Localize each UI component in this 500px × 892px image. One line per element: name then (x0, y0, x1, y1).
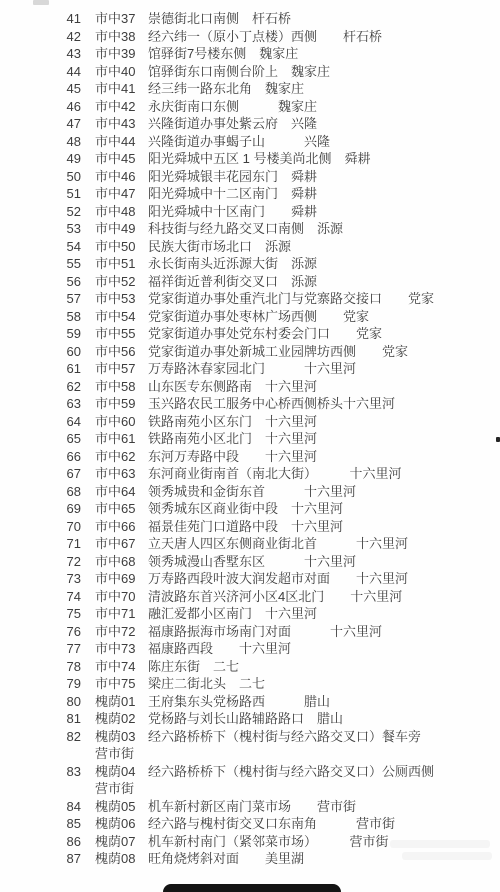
station-code: 市中74 (95, 658, 148, 676)
row-number: 66 (0, 448, 81, 466)
station-code: 市中48 (95, 203, 148, 221)
table-row: 51市中47阳光舜城中十二区南门 舜耕 (0, 185, 500, 203)
row-number: 55 (0, 255, 81, 273)
row-number: 79 (0, 675, 81, 693)
location-text: 民族大街市场北口 泺源 (148, 239, 291, 254)
row-body: 市中72福康路振海市场南门对面 十六里河 (95, 623, 500, 641)
row-number: 69 (0, 500, 81, 518)
table-row: 75市中71融汇爱都小区南门 十六里河 (0, 605, 500, 623)
table-row: 78市中74陈庄东街 二七 (0, 658, 500, 676)
location-text: 阳光舜城中五区 1 号楼美尚北侧 舜耕 (148, 151, 370, 166)
row-body: 市中75梁庄二街北头 二七 (95, 675, 500, 693)
row-number: 85 (0, 815, 81, 833)
table-row: 71市中67立天唐人四区东侧商业街北首 十六里河 (0, 535, 500, 553)
row-body: 市中51永长街南头近泺源大街 泺源 (95, 255, 500, 273)
table-row: 44市中40馆驿街东口南侧台阶上 魏家庄 (0, 63, 500, 81)
row-body: 市中37崇德街北口南侧 杆石桥 (95, 10, 500, 28)
location-text: 兴隆街道办事蝎子山 兴隆 (148, 134, 330, 149)
row-body: 市中64领秀城贵和金街东首 十六里河 (95, 483, 500, 501)
station-code: 市中60 (95, 413, 148, 431)
row-body: 市中59玉兴路农民工服务中心桥西侧桥头十六里河 (95, 395, 500, 413)
table-row: 46市中42永庆街南口东侧 魏家庄 (0, 98, 500, 116)
location-text: 旺角烧烤斜对面 美里湖 (148, 851, 304, 866)
station-code: 市中53 (95, 290, 148, 308)
station-code: 市中56 (95, 343, 148, 361)
station-code: 市中41 (95, 80, 148, 98)
table-row: 41市中37崇德街北口南侧 杆石桥 (0, 10, 500, 28)
location-text: 清波路东首兴济河小区4区北门 十六里河 (148, 589, 402, 604)
document-page: 41市中37崇德街北口南侧 杆石桥42市中38经六纬一（原小丁点楼）西侧 杆石桥… (0, 0, 500, 892)
row-number: 83 (0, 763, 81, 781)
location-text: 阳光舜城中十二区南门 舜耕 (148, 186, 317, 201)
station-code: 槐荫05 (95, 798, 148, 816)
row-body: 槐荫04经六路桥桥下（槐村街与经六路交叉口）公厕西侧 营市街 (95, 763, 500, 798)
row-body: 市中38经六纬一（原小丁点楼）西侧 杆石桥 (95, 28, 500, 46)
row-number: 46 (0, 98, 81, 116)
row-body: 槐荫02党杨路与刘长山路辅路路口 腊山 (95, 710, 500, 728)
table-row: 53市中49科技街与经九路交叉口南侧 泺源 (0, 220, 500, 238)
row-body: 市中74陈庄东街 二七 (95, 658, 500, 676)
location-text: 山东医专东侧路南 十六里河 (148, 379, 317, 394)
table-row: 61市中57万寿路沐春家园北门 十六里河 (0, 360, 500, 378)
station-code: 市中43 (95, 115, 148, 133)
location-text: 铁路南苑小区东门 十六里河 (148, 414, 317, 429)
station-code: 市中44 (95, 133, 148, 151)
location-text: 立天唐人四区东侧商业街北首 十六里河 (148, 536, 408, 551)
table-row: 60市中56党家街道办事处新城工业园牌坊西侧 党家 (0, 343, 500, 361)
table-row: 47市中43兴隆街道办事处紫云府 兴隆 (0, 115, 500, 133)
location-text: 福祥街近普利街交叉口 泺源 (148, 274, 317, 289)
row-body: 市中43兴隆街道办事处紫云府 兴隆 (95, 115, 500, 133)
row-body: 槐荫03经六路桥桥下（槐村街与经六路交叉口）餐车旁 营市街 (95, 728, 500, 763)
station-code: 市中42 (95, 98, 148, 116)
station-code: 市中57 (95, 360, 148, 378)
location-text: 玉兴路农民工服务中心桥西侧桥头十六里河 (148, 396, 395, 411)
row-body: 市中63东河商业街南首（南北大街） 十六里河 (95, 465, 500, 483)
station-code: 槐荫03 (95, 728, 148, 746)
row-number: 77 (0, 640, 81, 658)
location-text: 兴隆街道办事处紫云府 兴隆 (148, 116, 317, 131)
table-row: 56市中52福祥街近普利街交叉口 泺源 (0, 273, 500, 291)
station-code: 槐荫01 (95, 693, 148, 711)
location-text: 万寿路西段叶波大润发超市对面 十六里河 (148, 571, 408, 586)
station-code: 市中67 (95, 535, 148, 553)
table-row: 84槐荫05机车新村新区南门菜市场 营市街 (0, 798, 500, 816)
station-code: 槐荫06 (95, 815, 148, 833)
row-number: 82 (0, 728, 81, 746)
station-code: 市中63 (95, 465, 148, 483)
table-row: 42市中38经六纬一（原小丁点楼）西侧 杆石桥 (0, 28, 500, 46)
faint-watermark (388, 838, 498, 862)
row-number: 47 (0, 115, 81, 133)
row-number: 49 (0, 150, 81, 168)
row-number: 45 (0, 80, 81, 98)
row-number: 51 (0, 185, 81, 203)
location-text: 福景佳苑门口道路中段 十六里河 (148, 519, 343, 534)
row-body: 市中68领秀城漫山香墅东区 十六里河 (95, 553, 500, 571)
table-row: 72市中68领秀城漫山香墅东区 十六里河 (0, 553, 500, 571)
row-number: 86 (0, 833, 81, 851)
station-code: 市中55 (95, 325, 148, 343)
station-code: 市中37 (95, 10, 148, 28)
location-text: 领秀城漫山香墅东区 十六里河 (148, 554, 356, 569)
station-code: 市中59 (95, 395, 148, 413)
location-text: 党家街道办事处党东村委会门口 党家 (148, 326, 382, 341)
row-number: 84 (0, 798, 81, 816)
row-body: 市中47阳光舜城中十二区南门 舜耕 (95, 185, 500, 203)
location-text: 机车新村新区南门菜市场 营市街 (148, 799, 356, 814)
row-body: 市中73福康路西段 十六里河 (95, 640, 500, 658)
station-code: 市中52 (95, 273, 148, 291)
station-code: 槐荫02 (95, 710, 148, 728)
row-number: 71 (0, 535, 81, 553)
table-row: 43市中39馆驿街7号楼东侧 魏家庄 (0, 45, 500, 63)
row-number: 50 (0, 168, 81, 186)
row-number: 57 (0, 290, 81, 308)
row-body: 市中65领秀城东区商业街中段 十六里河 (95, 500, 500, 518)
location-text: 科技街与经九路交叉口南侧 泺源 (148, 221, 343, 236)
table-row: 64市中60铁路南苑小区东门 十六里河 (0, 413, 500, 431)
location-text: 永庆街南口东侧 魏家庄 (148, 99, 317, 114)
location-text: 阳光舜城中十区南门 舜耕 (148, 204, 317, 219)
row-number: 73 (0, 570, 81, 588)
row-number: 42 (0, 28, 81, 46)
station-code: 市中54 (95, 308, 148, 326)
station-code: 市中73 (95, 640, 148, 658)
location-text: 崇德街北口南侧 杆石桥 (148, 11, 291, 26)
row-number: 52 (0, 203, 81, 221)
table-row: 82槐荫03经六路桥桥下（槐村街与经六路交叉口）餐车旁 营市街 (0, 728, 500, 763)
row-number: 54 (0, 238, 81, 256)
row-body: 市中69万寿路西段叶波大润发超市对面 十六里河 (95, 570, 500, 588)
row-number: 43 (0, 45, 81, 63)
station-code: 市中72 (95, 623, 148, 641)
row-number: 64 (0, 413, 81, 431)
table-row: 85槐荫06经六路与槐村街交叉口东南角 营市街 (0, 815, 500, 833)
table-row: 55市中51永长街南头近泺源大街 泺源 (0, 255, 500, 273)
row-body: 市中57万寿路沐春家园北门 十六里河 (95, 360, 500, 378)
table-row: 63市中59玉兴路农民工服务中心桥西侧桥头十六里河 (0, 395, 500, 413)
location-text: 万寿路沐春家园北门 十六里河 (148, 361, 356, 376)
row-number: 78 (0, 658, 81, 676)
row-body: 槐荫05机车新村新区南门菜市场 营市街 (95, 798, 500, 816)
table-row: 81槐荫02党杨路与刘长山路辅路路口 腊山 (0, 710, 500, 728)
table-row: 54市中50民族大街市场北口 泺源 (0, 238, 500, 256)
station-code: 市中46 (95, 168, 148, 186)
row-body: 市中45阳光舜城中五区 1 号楼美尚北侧 舜耕 (95, 150, 500, 168)
row-body: 市中58山东医专东侧路南 十六里河 (95, 378, 500, 396)
location-text: 馆驿街东口南侧台阶上 魏家庄 (148, 64, 330, 79)
station-code: 市中71 (95, 605, 148, 623)
station-code: 市中69 (95, 570, 148, 588)
row-number: 61 (0, 360, 81, 378)
table-row: 49市中45阳光舜城中五区 1 号楼美尚北侧 舜耕 (0, 150, 500, 168)
station-code: 市中38 (95, 28, 148, 46)
location-text: 福康路振海市场南门对面 十六里河 (148, 624, 382, 639)
location-text: 梁庄二街北头 二七 (148, 676, 265, 691)
table-row: 68市中64领秀城贵和金街东首 十六里河 (0, 483, 500, 501)
row-number: 74 (0, 588, 81, 606)
station-code: 市中58 (95, 378, 148, 396)
row-body: 市中62东河万寿路中段 十六里河 (95, 448, 500, 466)
station-code: 市中49 (95, 220, 148, 238)
row-body: 槐荫01王府集东头党杨路西 腊山 (95, 693, 500, 711)
row-body: 市中46阳光舜城银丰花园东门 舜耕 (95, 168, 500, 186)
row-body: 市中61铁路南苑小区北门 十六里河 (95, 430, 500, 448)
row-body: 市中42永庆街南口东侧 魏家庄 (95, 98, 500, 116)
row-body: 市中56党家街道办事处新城工业园牌坊西侧 党家 (95, 343, 500, 361)
row-number: 76 (0, 623, 81, 641)
row-number: 65 (0, 430, 81, 448)
location-text: 王府集东头党杨路西 腊山 (148, 694, 330, 709)
bottom-pill-button[interactable] (163, 884, 341, 892)
row-body: 市中52福祥街近普利街交叉口 泺源 (95, 273, 500, 291)
row-number: 44 (0, 63, 81, 81)
table-row: 76市中72福康路振海市场南门对面 十六里河 (0, 623, 500, 641)
row-number: 67 (0, 465, 81, 483)
table-row: 67市中63东河商业街南首（南北大街） 十六里河 (0, 465, 500, 483)
watermark-mark (402, 852, 492, 860)
row-number: 58 (0, 308, 81, 326)
station-code: 市中51 (95, 255, 148, 273)
row-body: 市中71融汇爱都小区南门 十六里河 (95, 605, 500, 623)
table-row: 79市中75梁庄二街北头 二七 (0, 675, 500, 693)
station-code: 市中45 (95, 150, 148, 168)
row-body: 市中60铁路南苑小区东门 十六里河 (95, 413, 500, 431)
row-body: 市中66福景佳苑门口道路中段 十六里河 (95, 518, 500, 536)
row-number: 48 (0, 133, 81, 151)
table-row: 45市中41经三纬一路东北角 魏家庄 (0, 80, 500, 98)
row-number: 41 (0, 10, 81, 28)
location-text: 阳光舜城银丰花园东门 舜耕 (148, 169, 317, 184)
station-code: 市中62 (95, 448, 148, 466)
location-text: 领秀城东区商业街中段 十六里河 (148, 501, 343, 516)
row-body: 市中44兴隆街道办事蝎子山 兴隆 (95, 133, 500, 151)
location-text: 馆驿街7号楼东侧 魏家庄 (148, 46, 298, 61)
row-number: 60 (0, 343, 81, 361)
row-body: 市中40馆驿街东口南侧台阶上 魏家庄 (95, 63, 500, 81)
station-code: 槐荫07 (95, 833, 148, 851)
table-row: 59市中55党家街道办事处党东村委会门口 党家 (0, 325, 500, 343)
station-code: 槐荫04 (95, 763, 148, 781)
table-row: 62市中58山东医专东侧路南 十六里河 (0, 378, 500, 396)
station-code: 市中66 (95, 518, 148, 536)
table-row: 73市中69万寿路西段叶波大润发超市对面 十六里河 (0, 570, 500, 588)
station-code: 市中75 (95, 675, 148, 693)
station-code: 市中40 (95, 63, 148, 81)
row-body: 市中50民族大街市场北口 泺源 (95, 238, 500, 256)
table-row: 83槐荫04经六路桥桥下（槐村街与经六路交叉口）公厕西侧 营市街 (0, 763, 500, 798)
station-code: 市中65 (95, 500, 148, 518)
row-number: 87 (0, 850, 81, 868)
location-text: 经六路与槐村街交叉口东南角 营市街 (148, 816, 395, 831)
row-body: 市中48阳光舜城中十区南门 舜耕 (95, 203, 500, 221)
location-text: 经三纬一路东北角 魏家庄 (148, 81, 304, 96)
table-row: 69市中65领秀城东区商业街中段 十六里河 (0, 500, 500, 518)
row-number: 80 (0, 693, 81, 711)
station-code: 市中47 (95, 185, 148, 203)
location-text: 党家街道办事处新城工业园牌坊西侧 党家 (148, 344, 408, 359)
location-text: 经六纬一（原小丁点楼）西侧 杆石桥 (148, 29, 382, 44)
station-code: 槐荫08 (95, 850, 148, 868)
table-row: 52市中48阳光舜城中十区南门 舜耕 (0, 203, 500, 221)
page-edge-fragment (33, 0, 49, 5)
table-row: 57市中53党家街道办事处重汽北门与党寨路交接口 党家 (0, 290, 500, 308)
location-text: 融汇爱都小区南门 十六里河 (148, 606, 317, 621)
table-row: 70市中66福景佳苑门口道路中段 十六里河 (0, 518, 500, 536)
location-text: 福康路西段 十六里河 (148, 641, 291, 656)
table-row: 65市中61铁路南苑小区北门 十六里河 (0, 430, 500, 448)
location-text: 永长街南头近泺源大街 泺源 (148, 256, 317, 271)
station-code: 市中61 (95, 430, 148, 448)
location-text: 党家街道办事处重汽北门与党寨路交接口 党家 (148, 291, 434, 306)
station-code: 市中50 (95, 238, 148, 256)
table-row: 74市中70清波路东首兴济河小区4区北门 十六里河 (0, 588, 500, 606)
row-body: 市中41经三纬一路东北角 魏家庄 (95, 80, 500, 98)
row-body: 市中54党家街道办事处枣林广场西侧 党家 (95, 308, 500, 326)
row-body: 市中55党家街道办事处党东村委会门口 党家 (95, 325, 500, 343)
scroll-indicator[interactable] (496, 437, 500, 442)
row-body: 市中53党家街道办事处重汽北门与党寨路交接口 党家 (95, 290, 500, 308)
row-number: 63 (0, 395, 81, 413)
station-code: 市中68 (95, 553, 148, 571)
row-number: 75 (0, 605, 81, 623)
table-row: 80槐荫01王府集东头党杨路西 腊山 (0, 693, 500, 711)
location-text: 领秀城贵和金街东首 十六里河 (148, 484, 356, 499)
location-text: 机车新村南门（紧邻菜市场） 营市街 (148, 834, 389, 849)
table-row: 50市中46阳光舜城银丰花园东门 舜耕 (0, 168, 500, 186)
station-code: 市中70 (95, 588, 148, 606)
row-body: 市中39馆驿街7号楼东侧 魏家庄 (95, 45, 500, 63)
table-row: 66市中62东河万寿路中段 十六里河 (0, 448, 500, 466)
row-body: 市中70清波路东首兴济河小区4区北门 十六里河 (95, 588, 500, 606)
station-code: 市中64 (95, 483, 148, 501)
row-body: 槐荫06经六路与槐村街交叉口东南角 营市街 (95, 815, 500, 833)
row-number: 72 (0, 553, 81, 571)
row-number: 81 (0, 710, 81, 728)
table-row: 77市中73福康路西段 十六里河 (0, 640, 500, 658)
location-text: 东河商业街南首（南北大街） 十六里河 (148, 466, 402, 481)
row-number: 62 (0, 378, 81, 396)
watermark-mark (390, 840, 490, 848)
row-body: 市中67立天唐人四区东侧商业街北首 十六里河 (95, 535, 500, 553)
location-text: 铁路南苑小区北门 十六里河 (148, 431, 317, 446)
row-number: 59 (0, 325, 81, 343)
row-number: 70 (0, 518, 81, 536)
location-text: 陈庄东街 二七 (148, 659, 239, 674)
station-list: 41市中37崇德街北口南侧 杆石桥42市中38经六纬一（原小丁点楼）西侧 杆石桥… (0, 10, 500, 868)
row-body: 市中49科技街与经九路交叉口南侧 泺源 (95, 220, 500, 238)
table-row: 48市中44兴隆街道办事蝎子山 兴隆 (0, 133, 500, 151)
station-code: 市中39 (95, 45, 148, 63)
row-number: 53 (0, 220, 81, 238)
location-text: 党家街道办事处枣林广场西侧 党家 (148, 309, 369, 324)
row-number: 68 (0, 483, 81, 501)
location-text: 东河万寿路中段 十六里河 (148, 449, 317, 464)
row-number: 56 (0, 273, 81, 291)
table-row: 58市中54党家街道办事处枣林广场西侧 党家 (0, 308, 500, 326)
location-text: 党杨路与刘长山路辅路路口 腊山 (148, 711, 343, 726)
